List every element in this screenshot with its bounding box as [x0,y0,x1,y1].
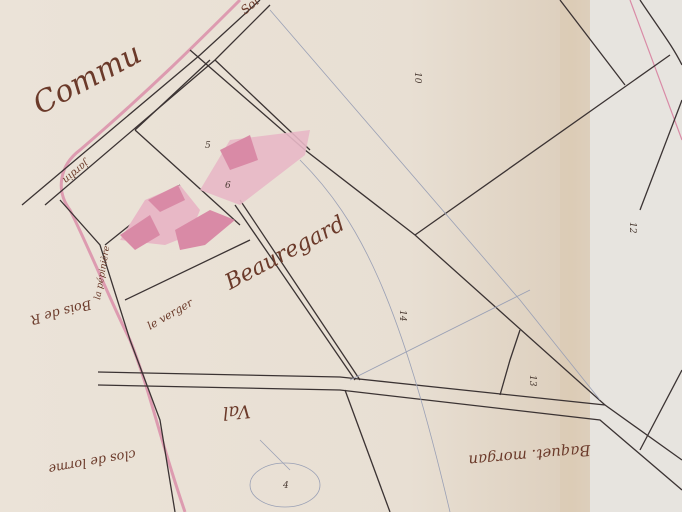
label-verger: le verger [145,296,196,333]
parcel-5: 5 [205,141,211,151]
label-val: Val [222,400,252,423]
cadastral-map: Commu Beauregard le verger jardin la pép… [0,0,682,512]
map-drawing: Commu Beauregard le verger jardin la pép… [0,0,682,512]
label-bois: Bois de R [29,296,94,327]
parcel-6: 6 [225,181,231,191]
buildings [120,130,310,250]
right-sheet [590,0,682,512]
label-clos: clos de lorme [47,446,137,476]
parcel-12: 12 [627,222,637,234]
parcel-4: 4 [282,481,289,491]
label-sol: Sol [238,0,262,17]
label-commune: Commu [27,36,147,122]
pencil-lines [250,10,600,512]
parcel-13: 13 [527,375,537,387]
parcel-10: 10 [412,72,422,84]
fold-band [560,0,590,512]
parcel-14: 14 [397,310,407,322]
